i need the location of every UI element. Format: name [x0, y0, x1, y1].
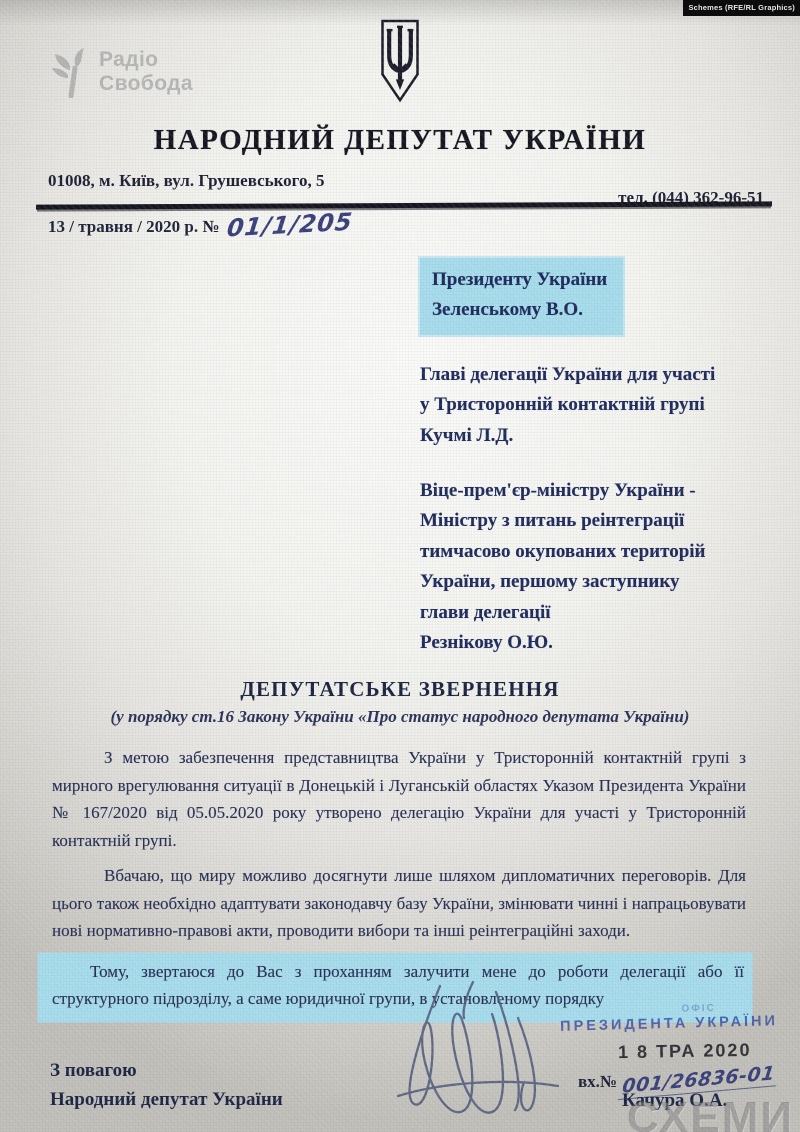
recipient-line: Міністру з питань реінтеграції	[420, 510, 684, 531]
recipient-line: Віце-прем'єр-міністру України -	[420, 480, 696, 501]
radio-svoboda-line1: Радіо	[99, 48, 158, 71]
letterhead-divider	[36, 201, 772, 209]
recipient-line: у Тристоронній контактній групі	[420, 394, 705, 415]
recipient-line: Резнікову О.Ю.	[420, 632, 553, 653]
letterhead-address: 01008, м. Київ, вул. Грушевського, 5	[48, 171, 324, 191]
document-title: ДЕПУТАТСЬКЕ ЗВЕРНЕННЯ	[0, 677, 800, 702]
reference-number-handwritten: 01/1/205	[226, 210, 355, 241]
signoff-block: З повагою Народний депутат України	[50, 1056, 283, 1115]
signoff-regards: З повагою	[50, 1060, 137, 1081]
recipient-delegation-head: Главі делегації України для участі у Три…	[420, 360, 760, 451]
recipients-column: Президенту України Зеленському В.О. Глав…	[420, 258, 760, 658]
paragraph-2: Вбачаю, що миру можливо досягнути лише ш…	[52, 862, 746, 945]
recipient-line: Главі делегації України для участі	[420, 364, 715, 385]
document-subtitle: (у порядку ст.16 Закону України «Про ста…	[0, 707, 800, 727]
recipient-president-highlighted: Президенту України Зеленському В.О.	[420, 258, 623, 335]
recipient-line: Зеленському В.О.	[432, 299, 583, 320]
handwritten-signature	[378, 978, 603, 1132]
letterhead-title: НАРОДНИЙ ДЕПУТАТ УКРАЇНИ	[0, 124, 800, 157]
radio-svoboda-line2: Свобода	[99, 72, 193, 95]
paragraph-1: З метою забезпечення представництва Укра…	[52, 744, 746, 854]
stamp-date: 1 8 ТРА 2020	[618, 1041, 752, 1061]
recipient-line: Президенту України	[432, 269, 607, 290]
recipient-line: глави делегації	[420, 602, 551, 623]
signoff-role: Народний депутат України	[50, 1089, 283, 1110]
radio-svoboda-watermark: Радіо Свобода	[50, 46, 193, 98]
ukraine-tryzub-shield-icon	[375, 17, 425, 110]
scanned-letter-page: Schemes (RFE/RL Graphics) Радіо Свобода	[0, 0, 800, 1132]
recipient-vice-pm: Віце-прем'єр-міністру України - Міністру…	[420, 476, 760, 658]
radio-svoboda-text: Радіо Свобода	[99, 48, 193, 95]
schemy-watermark: СХЕМИ	[627, 1096, 794, 1132]
radio-svoboda-torch-icon	[50, 46, 90, 98]
reference-date-prefix: 13 / травня / 2020 р. №	[48, 217, 219, 237]
credit-tag: Schemes (RFE/RL Graphics)	[683, 0, 800, 16]
recipient-line: України, першому заступнику	[420, 571, 680, 592]
recipient-line: тимчасово окупованих територій	[420, 541, 706, 562]
reference-line: 13 / травня / 2020 р. № 01/1/205	[48, 217, 353, 237]
recipient-line: Кучмі Л.Д.	[420, 425, 513, 446]
